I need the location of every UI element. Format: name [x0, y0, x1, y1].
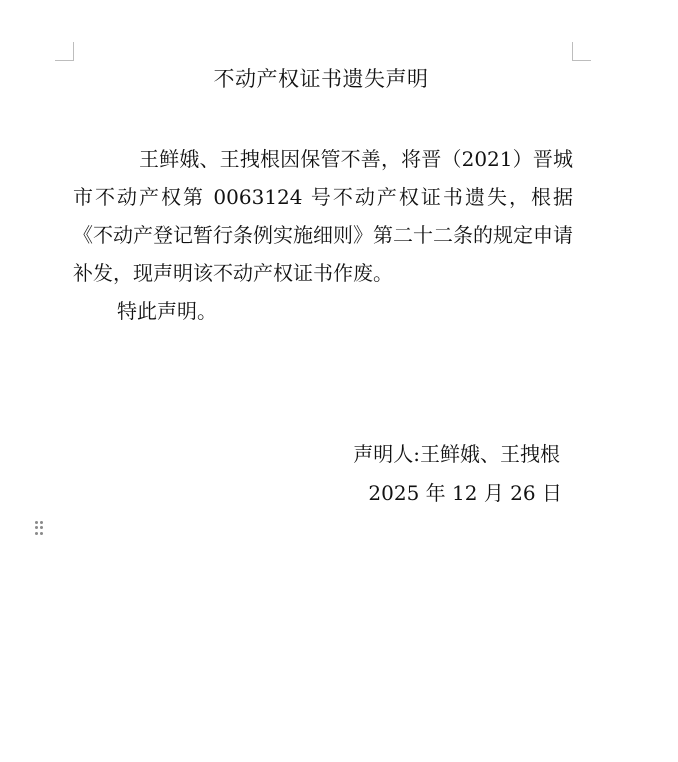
handle-dot	[35, 532, 38, 535]
document-body[interactable]: 王鲜娥、王拽根因保管不善，将晋（2021）晋城市不动产权第 0063124 号不…	[73, 140, 573, 330]
page-margin-corner-top-left	[55, 42, 74, 61]
handle-dot	[40, 526, 43, 529]
declaration-paragraph[interactable]: 王鲜娥、王拽根因保管不善，将晋（2021）晋城市不动产权第 0063124 号不…	[73, 140, 573, 292]
closing-paragraph[interactable]: 特此声明。	[73, 292, 573, 330]
handle-dot	[40, 532, 43, 535]
signer-line[interactable]: 声明人:王鲜娥、王拽根	[353, 438, 560, 467]
document-title: 不动产权证书遗失声明	[0, 63, 642, 93]
handle-dot	[40, 521, 43, 524]
drag-handle-icon[interactable]	[35, 521, 43, 535]
date-line[interactable]: 2025 年 12 月 26 日	[368, 477, 562, 506]
handle-dot	[35, 521, 38, 524]
page-margin-corner-top-right	[572, 42, 591, 61]
handle-dot	[35, 526, 38, 529]
